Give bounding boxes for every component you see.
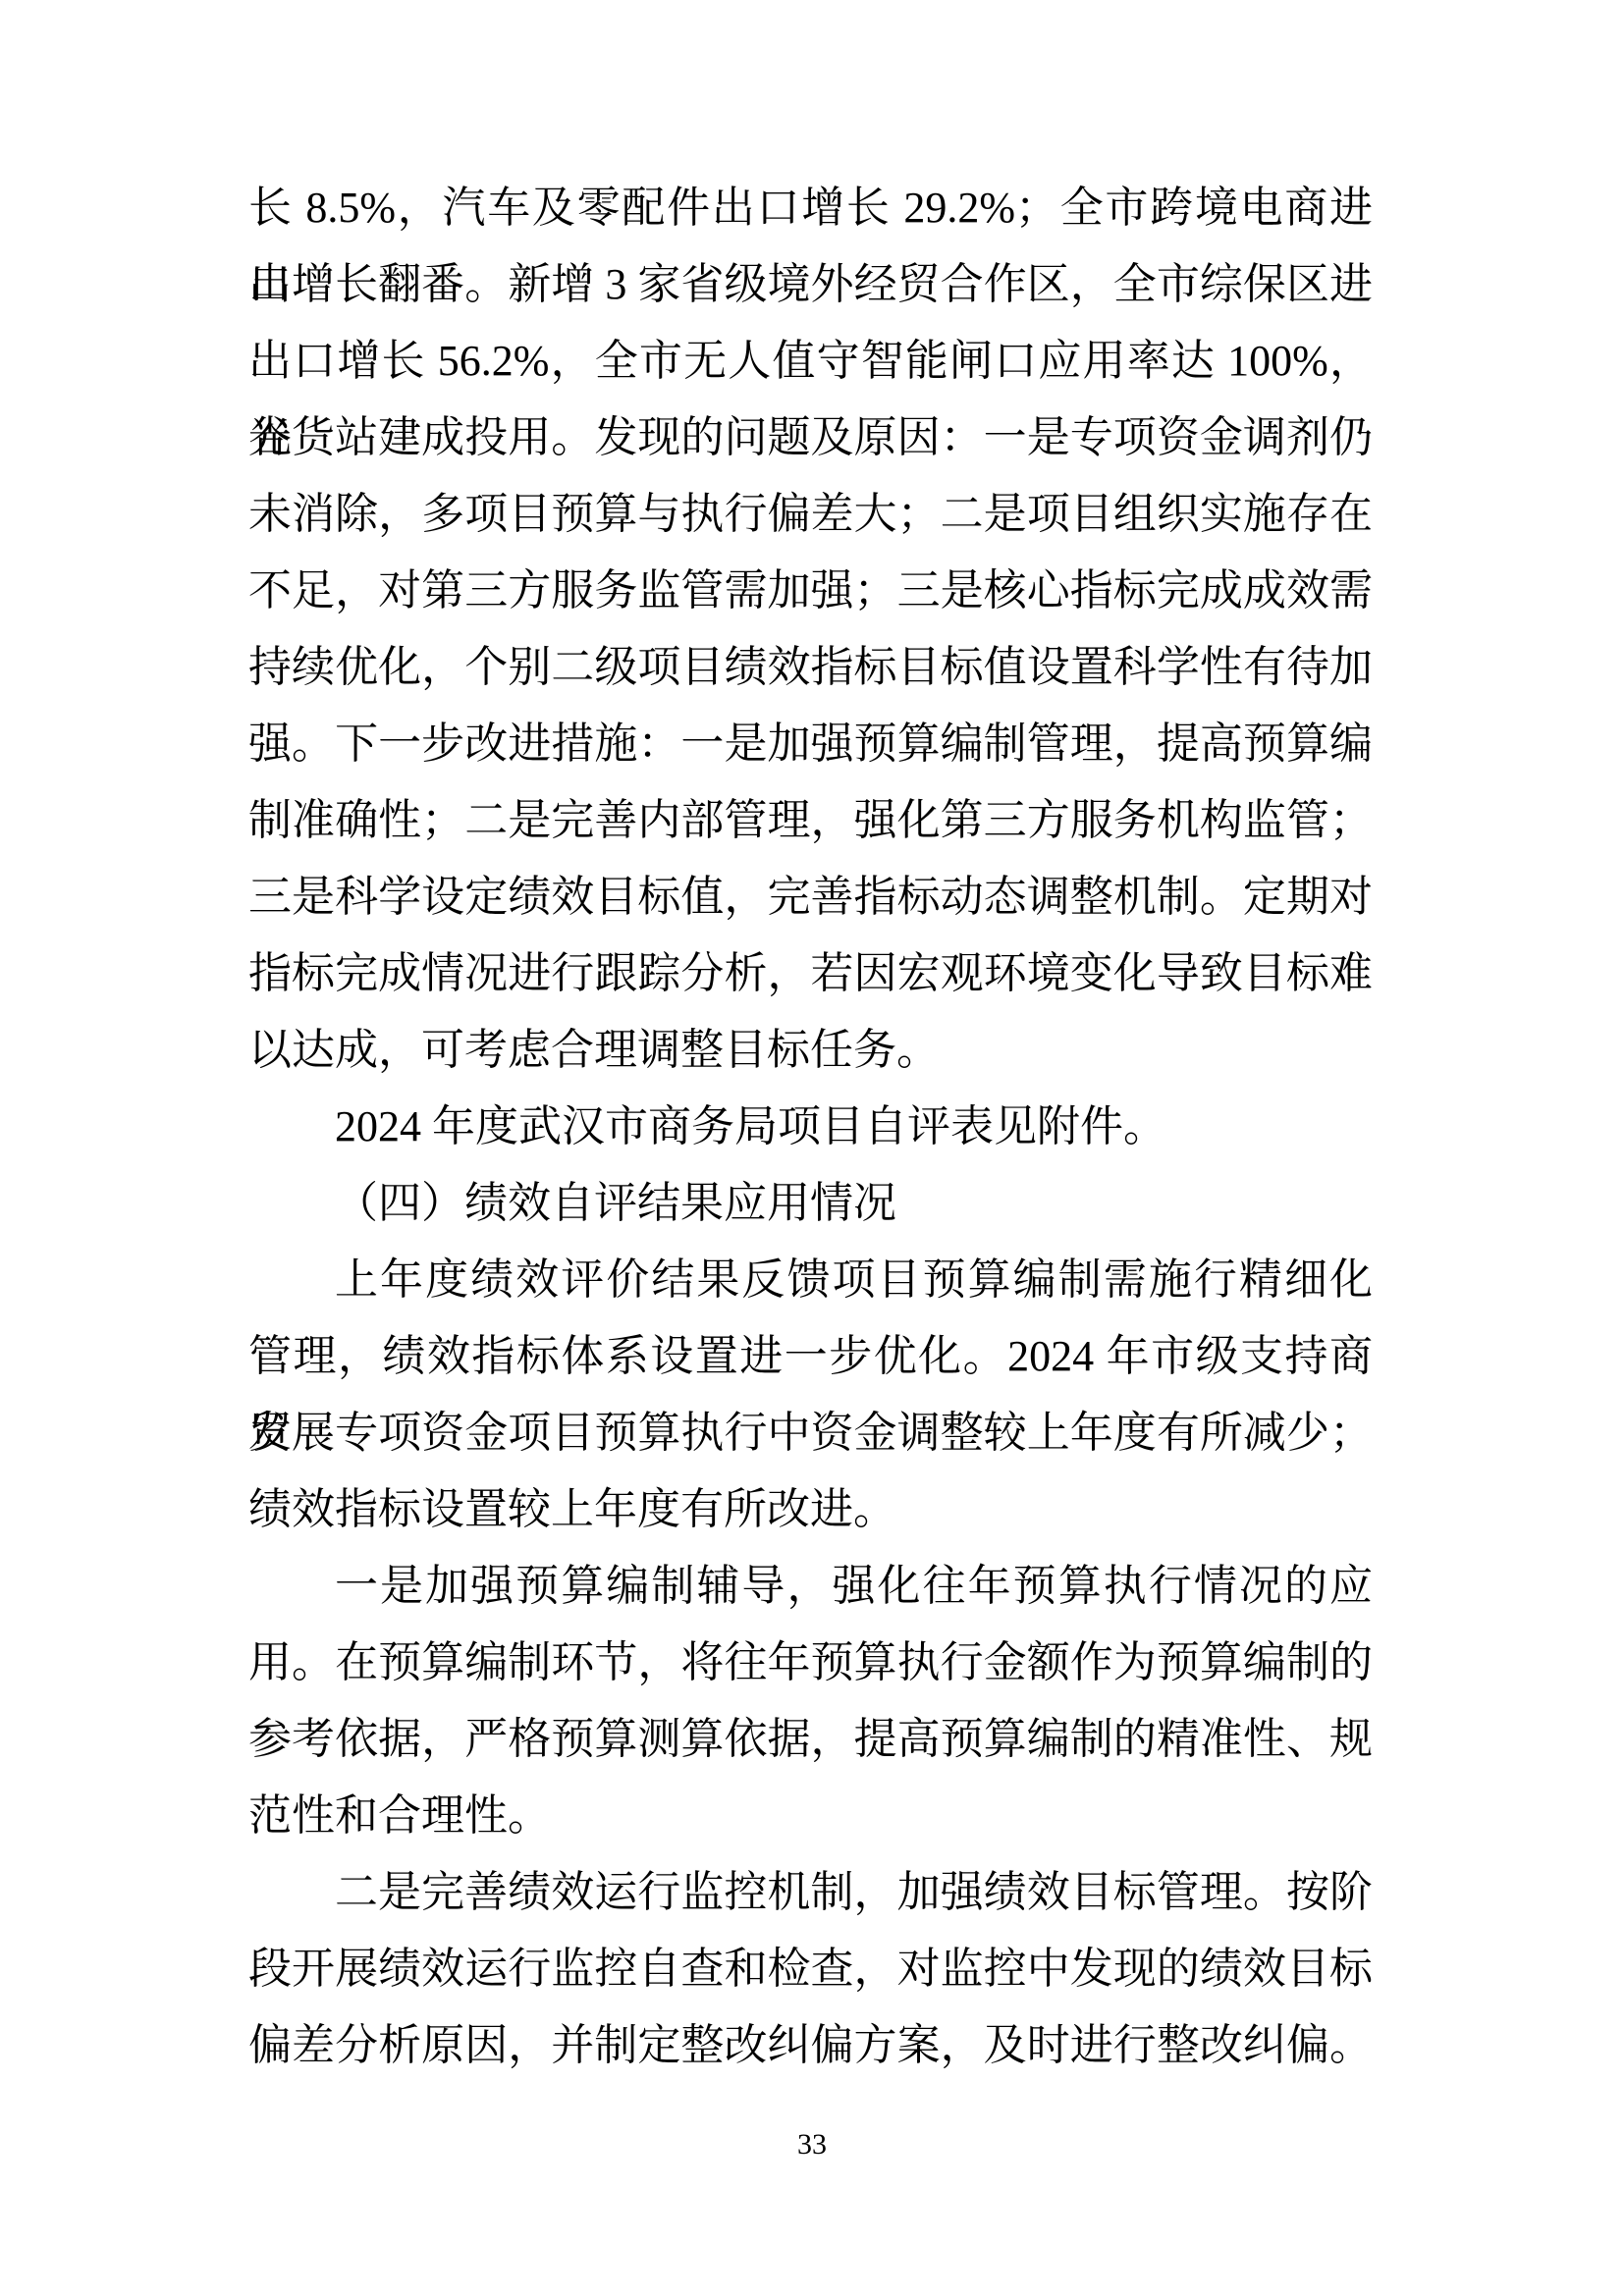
text-line: 强。下一步改进措施：一是加强预算编制管理，提高预算编	[248, 706, 1373, 782]
text-line: 长 8.5%，汽车及零配件出口增长 29.2%；全市跨境电商进出	[248, 170, 1373, 246]
text-line: 2024 年度武汉市商务局项目自评表见附件。	[248, 1089, 1373, 1165]
text-line: 上年度绩效评价结果反馈项目预算编制需施行精细化	[248, 1242, 1373, 1318]
text-line: 二是完善绩效运行监控机制，加强绩效目标管理。按阶	[248, 1854, 1373, 1931]
text-line: 绩效指标设置较上年度有所改进。	[248, 1471, 1373, 1548]
text-line: 持续优化，个别二级项目绩效指标目标值设置科学性有待加	[248, 629, 1373, 706]
text-line: 一是加强预算编制辅导，强化往年预算执行情况的应	[248, 1548, 1373, 1625]
text-line: 制准确性；二是完善内部管理，强化第三方服务机构监管；	[248, 782, 1373, 859]
page-number: 33	[0, 2128, 1624, 2162]
text-line: 未消除，多项目预算与执行偏差大；二是项目组织实施存在	[248, 476, 1373, 553]
text-line: 出口增长 56.2%，全市无人值守智能闸口应用率达 100%，光	[248, 323, 1373, 400]
text-line: 偏差分析原因，并制定整改纠偏方案，及时进行整改纠偏。	[248, 2007, 1373, 2084]
document-page: 长 8.5%，汽车及零配件出口增长 29.2%；全市跨境电商进出 口增长翻番。新…	[0, 0, 1624, 2296]
text-line: 管理，绩效指标体系设置进一步优化。2024 年市级支持商贸	[248, 1318, 1373, 1395]
text-line: 以达成，可考虑合理调整目标任务。	[248, 1012, 1373, 1089]
text-line: 用。在预算编制环节，将往年预算执行金额作为预算编制的	[248, 1625, 1373, 1701]
text-line: 参考依据，严格预算测算依据，提高预算编制的精准性、规	[248, 1701, 1373, 1778]
text-line: 范性和合理性。	[248, 1778, 1373, 1854]
text-line: 三是科学设定绩效目标值，完善指标动态调整机制。定期对	[248, 859, 1373, 935]
document-body: 长 8.5%，汽车及零配件出口增长 29.2%；全市跨境电商进出 口增长翻番。新…	[248, 170, 1373, 2084]
text-line: 发展专项资金项目预算执行中资金调整较上年度有所减少；	[248, 1395, 1373, 1471]
text-line: 指标完成情况进行跟踪分析，若因宏观环境变化导致目标难	[248, 935, 1373, 1012]
section-heading: （四）绩效自评结果应用情况	[248, 1165, 1373, 1242]
text-line: 不足，对第三方服务监管需加强；三是核心指标完成成效需	[248, 553, 1373, 629]
text-line: 段开展绩效运行监控自查和检查，对监控中发现的绩效目标	[248, 1931, 1373, 2007]
text-line: 谷货站建成投用。发现的问题及原因：一是专项资金调剂仍	[248, 400, 1373, 476]
text-line: 口增长翻番。新增 3 家省级境外经贸合作区，全市综保区进	[248, 246, 1373, 323]
